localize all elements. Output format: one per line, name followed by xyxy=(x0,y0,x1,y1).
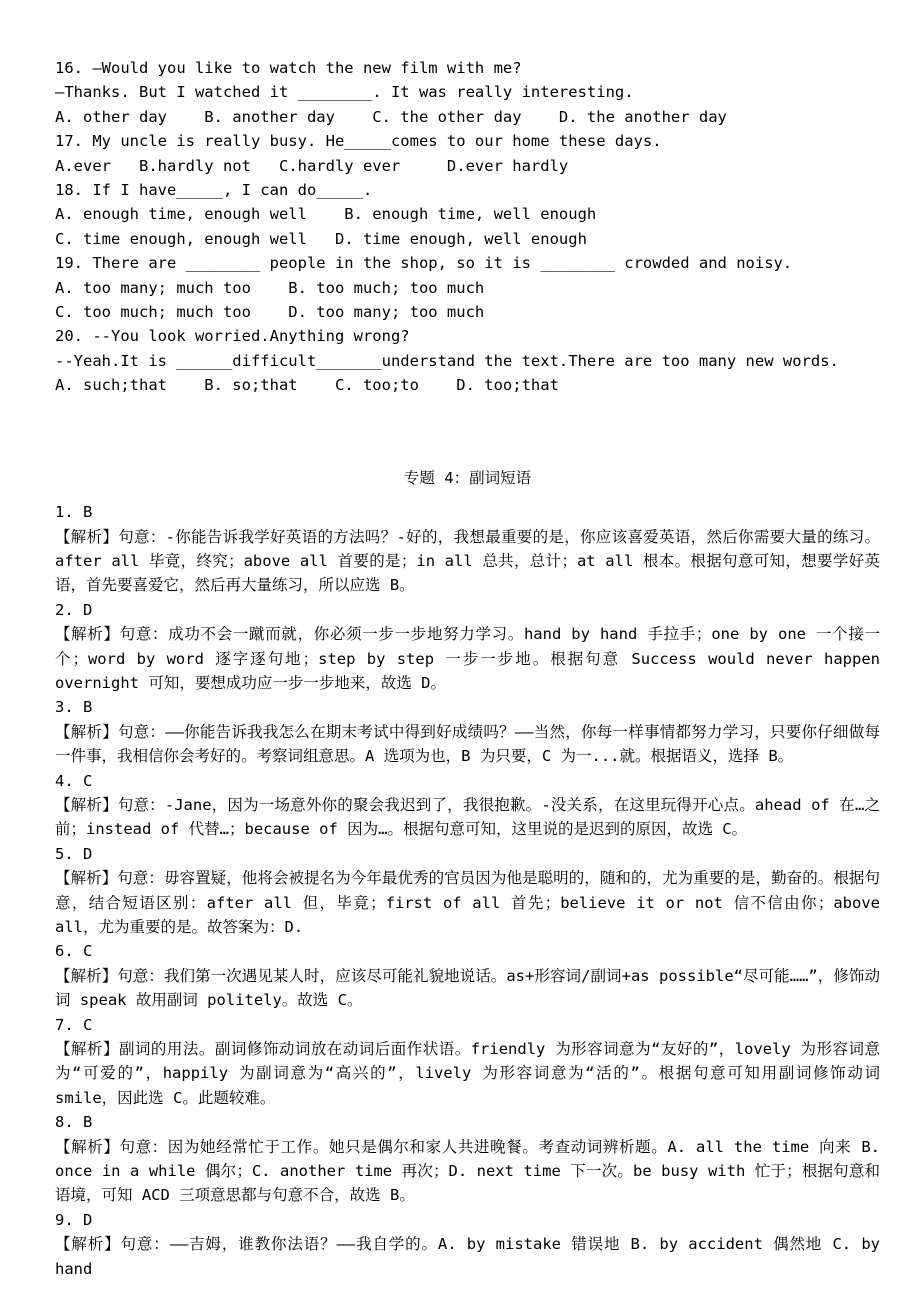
answer-explanation: 【解析】句意：我们第一次遇见某人时，应该尽可能礼貌地说话。as+形容词/副词+a… xyxy=(55,964,880,1013)
answer-section-title: 专题 4：副词短语 xyxy=(55,466,880,490)
answer-item: 8. B 【解析】句意：因为她经常忙于工作。她只是偶尔和家人共进晚餐。考查动词辨… xyxy=(55,1110,880,1208)
question-line: --Yeah.It is ______difficult_______under… xyxy=(55,349,880,373)
answer-number: 8. B xyxy=(55,1110,880,1134)
answer-explanation: 【解析】句意：-你能告诉我学好英语的方法吗？-好的，我想最重要的是，你应该喜爱英… xyxy=(55,525,880,598)
answer-number: 2. D xyxy=(55,598,880,622)
question-line: 16. —Would you like to watch the new fil… xyxy=(55,56,880,80)
answer-explanation: 【解析】句意：——吉姆，谁教你法语？——我自学的。A. by mistake 错… xyxy=(55,1232,880,1281)
questions-section: 16. —Would you like to watch the new fil… xyxy=(55,56,880,398)
answer-explanation: 【解析】句意：毋容置疑，他将会被提名为今年最优秀的官员因为他是聪明的，随和的，尤… xyxy=(55,866,880,939)
answer-number: 6. C xyxy=(55,939,880,963)
question-line: 19. There are ________ people in the sho… xyxy=(55,251,880,275)
answer-number: 1. B xyxy=(55,500,880,524)
answer-explanation: 【解析】副词的用法。副词修饰动词放在动词后面作状语。friendly 为形容词意… xyxy=(55,1037,880,1110)
answer-explanation: 【解析】句意：因为她经常忙于工作。她只是偶尔和家人共进晚餐。考查动词辨析题。A.… xyxy=(55,1135,880,1208)
answer-number: 7. C xyxy=(55,1013,880,1037)
answer-item: 5. D 【解析】句意：毋容置疑，他将会被提名为今年最优秀的官员因为他是聪明的，… xyxy=(55,842,880,940)
question-options-line: A. too many; much too B. too much; too m… xyxy=(55,276,880,300)
answer-number: 3. B xyxy=(55,695,880,719)
answer-item: 3. B 【解析】句意：——你能告诉我我怎么在期末考试中得到好成绩吗？——当然，… xyxy=(55,695,880,768)
question-options-line: A. such;that B. so;that C. too;to D. too… xyxy=(55,373,880,397)
answer-item: 1. B 【解析】句意：-你能告诉我学好英语的方法吗？-好的，我想最重要的是，你… xyxy=(55,500,880,598)
answer-item: 2. D 【解析】句意：成功不会一蹴而就，你必须一步一步地努力学习。hand b… xyxy=(55,598,880,696)
answer-item: 4. C 【解析】句意：-Jane，因为一场意外你的聚会我迟到了，我很抱歉。-没… xyxy=(55,769,880,842)
answer-section: 1. B 【解析】句意：-你能告诉我学好英语的方法吗？-好的，我想最重要的是，你… xyxy=(55,500,880,1281)
answer-number: 9. D xyxy=(55,1208,880,1232)
document-page: 16. —Would you like to watch the new fil… xyxy=(0,0,920,1311)
question-options-line: A. enough time, enough well B. enough ti… xyxy=(55,202,880,226)
answer-explanation: 【解析】句意：成功不会一蹴而就，你必须一步一步地努力学习。hand by han… xyxy=(55,622,880,695)
question-options-line: C. time enough, enough well D. time enou… xyxy=(55,227,880,251)
answer-item: 7. C 【解析】副词的用法。副词修饰动词放在动词后面作状语。friendly … xyxy=(55,1013,880,1111)
answer-item: 9. D 【解析】句意：——吉姆，谁教你法语？——我自学的。A. by mist… xyxy=(55,1208,880,1281)
question-options-line: A.ever B.hardly not C.hardly ever D.ever… xyxy=(55,154,880,178)
question-options-line: C. too much; much too D. too many; too m… xyxy=(55,300,880,324)
question-line: 20. --You look worried.Anything wrong? xyxy=(55,324,880,348)
question-line: —Thanks. But I watched it ________. It w… xyxy=(55,80,880,104)
question-line: 17. My uncle is really busy. He_____come… xyxy=(55,129,880,153)
answer-number: 4. C xyxy=(55,769,880,793)
answer-explanation: 【解析】句意：-Jane，因为一场意外你的聚会我迟到了，我很抱歉。-没关系，在这… xyxy=(55,793,880,842)
question-options-line: A. other day B. another day C. the other… xyxy=(55,105,880,129)
answer-item: 6. C 【解析】句意：我们第一次遇见某人时，应该尽可能礼貌地说话。as+形容词… xyxy=(55,939,880,1012)
answer-explanation: 【解析】句意：——你能告诉我我怎么在期末考试中得到好成绩吗？——当然，你每一样事… xyxy=(55,720,880,769)
question-line: 18. If I have_____, I can do_____. xyxy=(55,178,880,202)
answer-number: 5. D xyxy=(55,842,880,866)
